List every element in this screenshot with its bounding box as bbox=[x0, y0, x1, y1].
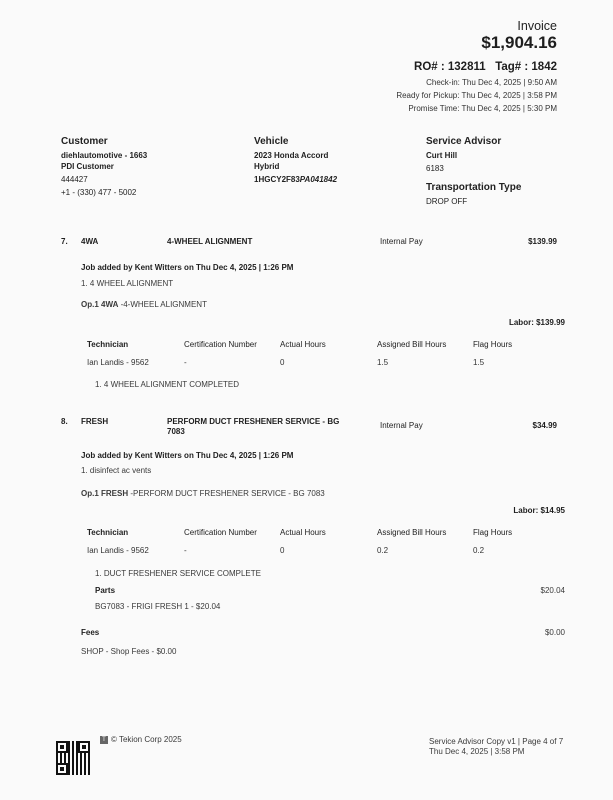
job-code: FRESH bbox=[81, 417, 108, 426]
customer-name: diehlautomotive - 1663 bbox=[61, 150, 147, 161]
th-actual-hours: Actual Hours bbox=[280, 528, 326, 537]
job-pay-type: Internal Pay bbox=[380, 237, 423, 246]
qr-code bbox=[56, 741, 90, 775]
customer-heading: Customer bbox=[61, 136, 147, 147]
tekion-logo-icon: T bbox=[100, 736, 108, 744]
page-info: Service Advisor Copy v1 | Page 4 of 7 Th… bbox=[429, 737, 563, 757]
copy-info: Service Advisor Copy v1 | Page 4 of 7 bbox=[429, 737, 563, 747]
job-correction: 1. 4 WHEEL ALIGNMENT COMPLETED bbox=[95, 380, 239, 389]
td-flag-hours: 1.5 bbox=[473, 358, 484, 367]
printed-time: Thu Dec 4, 2025 | 3:58 PM bbox=[429, 747, 563, 757]
job-title: PERFORM DUCT FRESHENER SERVICE - BG 7083 bbox=[167, 417, 339, 437]
labor-amount: Labor: $139.99 bbox=[509, 318, 565, 327]
vehicle-heading: Vehicle bbox=[254, 136, 337, 147]
job-amount: $34.99 bbox=[533, 421, 557, 430]
th-technician: Technician bbox=[87, 340, 128, 349]
vehicle-model: 2023 Honda Accord bbox=[254, 150, 337, 161]
td-certification: - bbox=[184, 546, 187, 555]
job-added-by: Job added by Kent Witters on Thu Dec 4, … bbox=[81, 263, 293, 272]
op-desc: -PERFORM DUCT FRESHENER SERVICE - BG 708… bbox=[128, 489, 325, 498]
parts-label: Parts bbox=[95, 586, 115, 595]
job-pay-type: Internal Pay bbox=[380, 421, 423, 430]
th-assigned-bill-hours: Assigned Bill Hours bbox=[377, 528, 446, 537]
job-added-by: Job added by Kent Witters on Thu Dec 4, … bbox=[81, 451, 293, 460]
labor-amount: Labor: $14.95 bbox=[513, 506, 565, 515]
parts-total: $20.04 bbox=[541, 586, 565, 595]
op-code: Op.1 4WA bbox=[81, 300, 118, 309]
td-assigned-bill-hours: 0.2 bbox=[377, 546, 388, 555]
document-title: Invoice bbox=[517, 19, 557, 33]
td-technician: Ian Landis - 9562 bbox=[87, 546, 149, 555]
vin-suffix: PA041842 bbox=[300, 175, 337, 184]
transportation-heading: Transportation Type bbox=[426, 182, 521, 193]
job-correction: 1. DUCT FRESHENER SERVICE COMPLETE bbox=[95, 569, 261, 578]
customer-phone: +1 - (330) 477 - 5002 bbox=[61, 187, 147, 198]
td-certification: - bbox=[184, 358, 187, 367]
customer-type: PDI Customer bbox=[61, 161, 147, 172]
th-assigned-bill-hours: Assigned Bill Hours bbox=[377, 340, 446, 349]
op-line: Op.1 FRESH -PERFORM DUCT FRESHENER SERVI… bbox=[81, 489, 325, 498]
service-advisor-section: Service Advisor Curt Hill 6183 Transport… bbox=[426, 136, 521, 207]
service-advisor-name: Curt Hill bbox=[426, 150, 521, 161]
ready-for-pickup-time: Ready for Pickup: Thu Dec 4, 2025 | 3:58… bbox=[396, 91, 557, 100]
job-title-line2: 7083 bbox=[167, 427, 339, 437]
th-technician: Technician bbox=[87, 528, 128, 537]
promise-time: Promise Time: Thu Dec 4, 2025 | 5:30 PM bbox=[408, 104, 557, 113]
job-title-line1: PERFORM DUCT FRESHENER SERVICE - BG bbox=[167, 417, 339, 427]
copyright-text: © Tekion Corp 2025 bbox=[111, 735, 182, 744]
td-actual-hours: 0 bbox=[280, 546, 284, 555]
transportation-value: DROP OFF bbox=[426, 196, 521, 207]
th-certification: Certification Number bbox=[184, 340, 257, 349]
job-code: 4WA bbox=[81, 237, 98, 246]
fees-line: SHOP - Shop Fees - $0.00 bbox=[81, 647, 176, 656]
job-amount: $139.99 bbox=[528, 237, 557, 246]
check-in-time: Check-in: Thu Dec 4, 2025 | 9:50 AM bbox=[426, 78, 557, 87]
op-code: Op.1 FRESH bbox=[81, 489, 128, 498]
parts-line: BG7083 - FRIGI FRESH 1 - $20.04 bbox=[95, 602, 220, 611]
job-number: 8. bbox=[61, 417, 68, 426]
customer-number: 444427 bbox=[61, 174, 147, 185]
td-technician: Ian Landis - 9562 bbox=[87, 358, 149, 367]
op-desc: -4-WHEEL ALIGNMENT bbox=[118, 300, 207, 309]
th-flag-hours: Flag Hours bbox=[473, 340, 512, 349]
td-actual-hours: 0 bbox=[280, 358, 284, 367]
td-assigned-bill-hours: 1.5 bbox=[377, 358, 388, 367]
op-line: Op.1 4WA -4-WHEEL ALIGNMENT bbox=[81, 300, 207, 309]
copyright: T© Tekion Corp 2025 bbox=[100, 735, 182, 744]
ro-tag-number: RO# : 132811 Tag# : 1842 bbox=[414, 61, 557, 73]
th-flag-hours: Flag Hours bbox=[473, 528, 512, 537]
job-concern: 1. disinfect ac vents bbox=[81, 466, 151, 475]
td-flag-hours: 0.2 bbox=[473, 546, 484, 555]
vehicle-vin: 1HGCY2F83PA041842 bbox=[254, 174, 337, 185]
th-certification: Certification Number bbox=[184, 528, 257, 537]
customer-section: Customer diehlautomotive - 1663 PDI Cust… bbox=[61, 136, 147, 198]
invoice-total: $1,904.16 bbox=[481, 33, 557, 53]
service-advisor-heading: Service Advisor bbox=[426, 136, 521, 147]
service-advisor-id: 6183 bbox=[426, 163, 521, 174]
vehicle-trim: Hybrid bbox=[254, 161, 337, 172]
vehicle-section: Vehicle 2023 Honda Accord Hybrid 1HGCY2F… bbox=[254, 136, 337, 185]
job-concern: 1. 4 WHEEL ALIGNMENT bbox=[81, 279, 173, 288]
job-title: 4-WHEEL ALIGNMENT bbox=[167, 237, 252, 246]
th-actual-hours: Actual Hours bbox=[280, 340, 326, 349]
job-number: 7. bbox=[61, 237, 68, 246]
fees-total: $0.00 bbox=[545, 628, 565, 637]
vin-prefix: 1HGCY2F83 bbox=[254, 175, 300, 184]
fees-label: Fees bbox=[81, 628, 99, 637]
